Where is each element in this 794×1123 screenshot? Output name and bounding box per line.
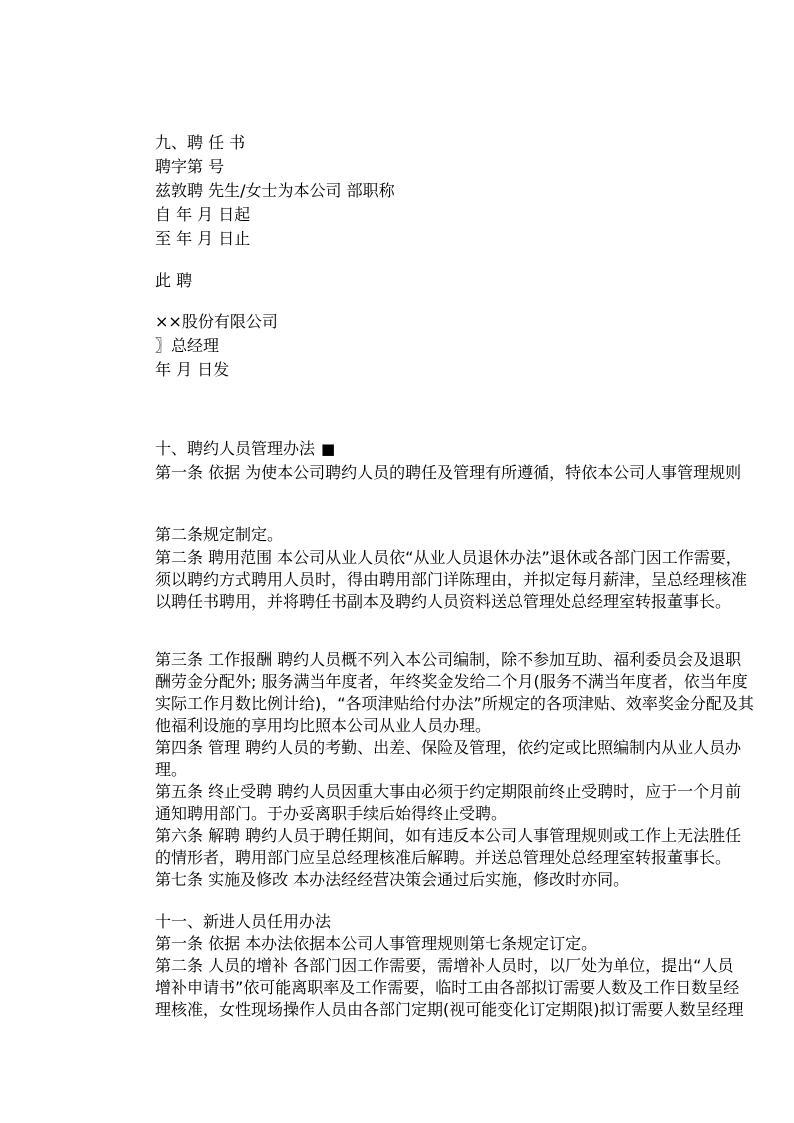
article1-continuation-line: 第二条规定制定。 xyxy=(155,523,655,547)
article5-line: 第五条 终止受聘 聘约人员因重大事由必须于约定期限前终止受聘时，应于一个月前 xyxy=(155,781,655,803)
article5-line: 通知聘用部门。于办妥离职手续后始得终止受聘。 xyxy=(155,803,655,825)
article4-line: 第四条 管理 聘约人员的考勤、出差、保险及管理，依约定或比照编制内从业人员办 xyxy=(155,737,655,759)
article3-line: 实际工作月数比例计给)，“各项津贴给付办法”所规定的各项津贴、效率奖金分配及其 xyxy=(155,693,655,715)
article7-line: 第七条 实施及修改 本办法经经营决策会通过后实施，修改时亦同。 xyxy=(155,869,655,891)
article3-line: 第三条 工作报酬 聘约人员概不列入本公司编制，除不参加互助、福利委员会及退职 xyxy=(155,649,655,671)
new-staff-article1-line: 第一条 依据 本办法依据本公司人事管理规则第七条规定订定。 xyxy=(155,933,655,955)
letter-start-date-line: 自 年 月 日起 xyxy=(155,203,655,227)
document-page: 九、聘 任 书 聘字第 号 兹敦聘 先生/女士为本公司 部职称 自 年 月 日起… xyxy=(0,0,794,1123)
letter-signer-line: 〗总经理 xyxy=(155,334,655,358)
article6-line: 的情形者，聘用部门应呈总经理核准后解聘。并送总管理处总经理室转报董事长。 xyxy=(155,847,655,869)
article2-line: 第二条 聘用范围 本公司从业人员依“从业人员退休办法”退休或各部门因工作需要， xyxy=(155,547,655,569)
new-staff-rules-section: 十一、新进人员任用办法 第一条 依据 本办法依据本公司人事管理规则第七条规定订定… xyxy=(155,911,655,1021)
article1-line: 第一条 依据 为使本公司聘约人员的聘任及管理有所遵循，特依本公司人事管理规则 xyxy=(155,461,655,485)
article6-line: 第六条 解聘 聘约人员于聘任期间，如有违反本公司人事管理规则或工作上无法胜任 xyxy=(155,825,655,847)
letter-number-line: 聘字第 号 xyxy=(155,155,655,179)
hiring-rules-heading-text: 十、聘约人员管理办法 xyxy=(155,439,315,458)
article2-line: 须以聘约方式聘用人员时，得由聘用部门详陈理由，并拟定每月薪津，呈总经理核准 xyxy=(155,569,655,591)
hiring-rules-section: 十、聘约人员管理办法■ 第一条 依据 为使本公司聘约人员的聘任及管理有所遵循，特… xyxy=(155,437,655,891)
article3-line: 酬劳金分配外; 服务满当年度者，年终奖金发给二个月(服务不满当年度者，依当年度 xyxy=(155,671,655,693)
new-staff-article2-line: 增补申请书”依可能离职率及工作需要，临时工由各部拟订需要人数及工作日数呈经 xyxy=(155,977,655,999)
letter-appoint-line: 兹敦聘 先生/女士为本公司 部职称 xyxy=(155,179,655,203)
letter-closing-line: 此 聘 xyxy=(155,269,655,293)
article4-line: 理。 xyxy=(155,759,655,781)
letter-end-date-line: 至 年 月 日止 xyxy=(155,227,655,251)
document-content: 九、聘 任 书 聘字第 号 兹敦聘 先生/女士为本公司 部职称 自 年 月 日起… xyxy=(155,131,655,1021)
letter-issue-date-line: 年 月 日发 xyxy=(155,358,655,382)
article2-line: 以聘任书聘用，并将聘任书副本及聘约人员资料送总管理处总经理室转报董事长。 xyxy=(155,591,655,613)
new-staff-article2-line: 第二条 人员的增补 各部门因工作需要，需增补人员时，以厂处为单位，提出“人员 xyxy=(155,955,655,977)
new-staff-article2-line: 理核准，女性现场操作人员由各部门定期(视可能变化订定期限)拟订需要人数呈经理 xyxy=(155,999,655,1021)
article3-line: 他福利设施的享用均比照本公司从业人员办理。 xyxy=(155,715,655,737)
black-square-marker-icon: ■ xyxy=(321,437,335,461)
hiring-rules-heading: 十、聘约人员管理办法■ xyxy=(155,437,655,461)
appointment-letter-section: 九、聘 任 书 聘字第 号 兹敦聘 先生/女士为本公司 部职称 自 年 月 日起… xyxy=(155,131,655,382)
new-staff-rules-heading: 十一、新进人员任用办法 xyxy=(155,911,655,933)
letter-section-title: 九、聘 任 书 xyxy=(155,131,655,155)
letter-company-line: ××股份有限公司 xyxy=(155,310,655,334)
